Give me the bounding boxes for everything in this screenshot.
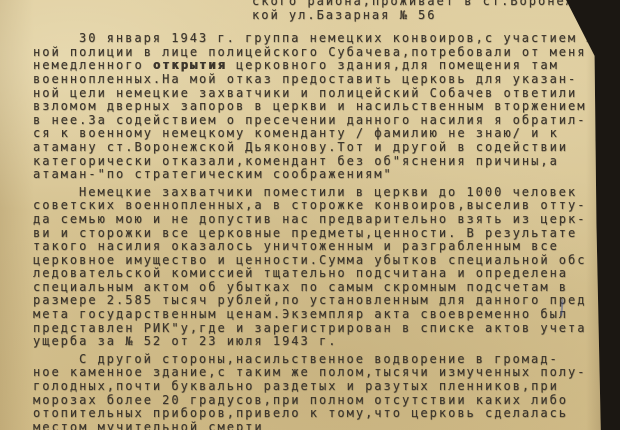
text-line: атаману ст.Воронежской Дьяконову.Тот и д… (33, 141, 607, 155)
text-line: ущерба за № 52 от 23 июля 1943 г. (33, 335, 607, 349)
text-line: ной цели немецкие захватчики и полицейск… (33, 87, 607, 101)
paragraph-3: С другой стороны,насильственное водворен… (33, 353, 607, 430)
paragraph-1: 30 января 1943 г. группа немецких конвои… (33, 32, 607, 182)
text-line: ся к военному немецкому коменданту / фам… (33, 127, 607, 141)
text-line: в нее.За содействием о пресечении данног… (33, 114, 607, 128)
text-line: специальным актом об убытках по самым ск… (33, 281, 607, 295)
text-line: ной полиции в лице полицейского Субачева… (33, 46, 607, 60)
text-line: отопительных приборов,привело к тому,что… (33, 407, 607, 421)
text-line: советских военнопленных,а в сторожке кон… (33, 199, 607, 213)
text-line: размере 2.585 тысяч рублей,по установлен… (33, 294, 607, 308)
text-line: да семью мою и не допустив нас предварит… (33, 213, 607, 227)
text-line: военнопленных.На мой отказ предоставить … (33, 73, 607, 87)
text-line: Немецкие захватчики поместили в церкви д… (33, 186, 607, 200)
text-line: С другой стороны,насильственное водворен… (33, 353, 607, 367)
document-page: ского района,проживает в ст.Воронежс- ко… (0, 0, 620, 430)
text-segment: немедленного (33, 58, 153, 72)
text-line: церковное имущество и ценности.Сумма убы… (33, 254, 607, 268)
text-line: морозах более 20 градусов,при полном отс… (33, 394, 607, 408)
text-line: представлен РИК"у,где и зарегистрирован … (33, 322, 607, 336)
text-line: 30 января 1943 г. группа немецких конвои… (33, 32, 607, 46)
text-line: голодных,почти буквально раздетых и разу… (33, 380, 607, 394)
text-line: кой ул.Базарная № 56 (252, 9, 607, 23)
text-line: атаман-"по стратегическим соображениям" (33, 168, 607, 182)
text-segment-bold: открытия (153, 58, 227, 72)
paragraph-2: Немецкие захватчики поместили в церкви д… (33, 186, 607, 349)
text-line: немедленного открытия церковного здания,… (33, 59, 607, 73)
header-block: ского района,проживает в ст.Воронежс- ко… (252, 0, 607, 22)
document-text: ского района,проживает в ст.Воронежс- ко… (33, 0, 607, 430)
text-line: такого насилия оказалось уничтоженным и … (33, 240, 607, 254)
text-line: мета государственным ценам.Экземпляр акт… (33, 308, 607, 322)
text-line: категорически отказали,комендант без об"… (33, 155, 607, 169)
text-line: взломом дверных запоров в церкви и насил… (33, 100, 607, 114)
text-segment: церковного здания,для помещения там (227, 58, 559, 72)
text-line: ледовательской комиссией тщательно подсч… (33, 267, 607, 281)
text-line: ное каменное здание,с таким же полом,тыс… (33, 366, 607, 380)
text-line: местом мучительной смерти (33, 421, 607, 430)
text-line: ви и сторожки все церковные предметы,цен… (33, 227, 607, 241)
